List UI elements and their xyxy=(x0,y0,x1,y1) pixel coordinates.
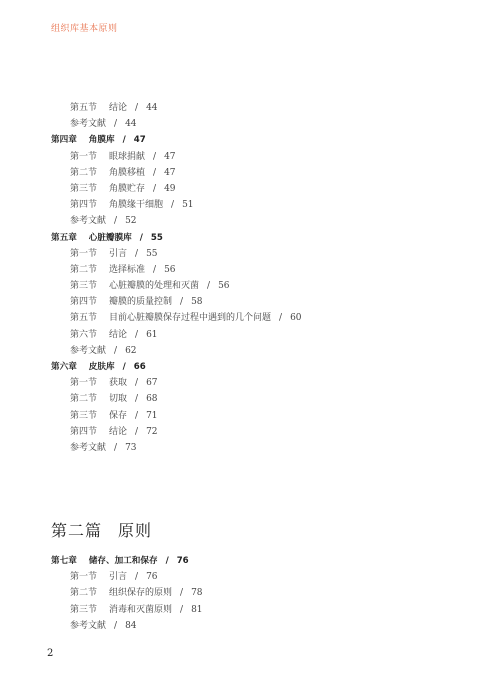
toc-section-entry[interactable]: 第三节保存/71 xyxy=(51,408,451,424)
toc-separator: / xyxy=(153,149,156,165)
running-head: 组织库基本原则 xyxy=(51,21,118,34)
toc-section-entry[interactable]: 第五节目前心脏瓣膜保存过程中遇到的几个问题/60 xyxy=(51,310,451,326)
toc-entry-title: 参考文献 xyxy=(70,343,106,359)
part-title: 第二篇原则 xyxy=(51,518,152,541)
toc-entry-title: 结论 xyxy=(109,327,127,343)
toc-entry-page: 71 xyxy=(146,408,157,424)
toc-section-entry[interactable]: 第五节结论/44 xyxy=(51,100,451,116)
toc-section-entry[interactable]: 参考文献/62 xyxy=(51,343,451,359)
toc-entry-number: 第一节 xyxy=(70,149,97,165)
toc-entry-number: 第三节 xyxy=(70,181,97,197)
toc-entry-title: 结论 xyxy=(109,424,127,440)
toc-entry-page: 52 xyxy=(125,213,136,229)
toc-entry-title: 参考文献 xyxy=(70,116,106,132)
toc-entry-page: 67 xyxy=(146,375,157,391)
toc-entry-number: 第三节 xyxy=(70,278,97,294)
toc-entry-number: 第六章 xyxy=(51,359,77,375)
toc-entry-page: 44 xyxy=(146,100,157,116)
toc-entry-title: 获取 xyxy=(109,375,127,391)
toc-entry-title: 引言 xyxy=(109,569,127,585)
toc-entry-number: 第一节 xyxy=(70,375,97,391)
toc-entry-page: 66 xyxy=(134,359,146,375)
part-number: 第二篇 xyxy=(51,521,102,540)
toc-section-entry[interactable]: 第二节组织保存的原则/78 xyxy=(51,585,451,601)
toc-entry-page: 76 xyxy=(146,569,157,585)
toc-entry-page: 73 xyxy=(125,440,136,456)
toc-entry-page: 47 xyxy=(164,165,175,181)
toc-entry-page: 55 xyxy=(151,230,163,246)
toc-entry-title: 心脏瓣膜库 xyxy=(89,230,132,246)
toc-chapter-entry[interactable]: 第四章角膜库/47 xyxy=(51,132,451,148)
toc-entry-page: 49 xyxy=(164,181,175,197)
toc-entry-page: 81 xyxy=(191,602,202,618)
toc-section-entry[interactable]: 第三节角膜贮存/49 xyxy=(51,181,451,197)
toc-chapter-entry[interactable]: 第七章储存、加工和保存/76 xyxy=(51,553,451,569)
toc-entry-page: 44 xyxy=(125,116,136,132)
toc-entry-number: 第五节 xyxy=(70,100,97,116)
toc-separator: / xyxy=(135,100,138,116)
toc-entry-number: 第六节 xyxy=(70,327,97,343)
toc-entry-number: 第二节 xyxy=(70,262,97,278)
toc-separator: / xyxy=(135,569,138,585)
toc-chapter-entry[interactable]: 第六章皮肤库/66 xyxy=(51,359,451,375)
toc-section-entry[interactable]: 参考文献/44 xyxy=(51,116,451,132)
toc-section-entry[interactable]: 第二节选择标准/56 xyxy=(51,262,451,278)
toc-separator: / xyxy=(123,132,126,148)
toc-entry-title: 角膜缘干细胞 xyxy=(109,197,163,213)
toc-separator: / xyxy=(207,278,210,294)
toc-section-entry[interactable]: 第二节角膜移植/47 xyxy=(51,165,451,181)
toc-section-entry[interactable]: 第四节瓣膜的质量控制/58 xyxy=(51,294,451,310)
toc-entry-page: 58 xyxy=(191,294,202,310)
toc-entry-page: 60 xyxy=(290,310,301,326)
toc-separator: / xyxy=(180,602,183,618)
toc-entry-number: 第二节 xyxy=(70,585,97,601)
toc-entry-page: 47 xyxy=(134,132,146,148)
toc-entry-page: 55 xyxy=(146,246,157,262)
toc-section-entry[interactable]: 第四节结论/72 xyxy=(51,424,451,440)
toc-separator: / xyxy=(114,213,117,229)
toc-section-entry[interactable]: 参考文献/73 xyxy=(51,440,451,456)
toc-entry-title: 瓣膜的质量控制 xyxy=(109,294,172,310)
toc-section-entry[interactable]: 第一节获取/67 xyxy=(51,375,451,391)
toc-entry-number: 第二节 xyxy=(70,391,97,407)
toc-entry-number: 第四节 xyxy=(70,197,97,213)
toc-entry-title: 消毒和灭菌原则 xyxy=(109,602,172,618)
toc-entry-title: 参考文献 xyxy=(70,440,106,456)
toc-entry-title: 皮肤库 xyxy=(89,359,115,375)
toc-entry-page: 68 xyxy=(146,391,157,407)
toc-section-entry[interactable]: 参考文献/52 xyxy=(51,213,451,229)
toc-entry-title: 角膜贮存 xyxy=(109,181,145,197)
toc-section-entry[interactable]: 第二节切取/68 xyxy=(51,391,451,407)
part-name: 原则 xyxy=(118,521,152,540)
toc-section-entry[interactable]: 第一节引言/76 xyxy=(51,569,451,585)
toc-entry-page: 51 xyxy=(182,197,193,213)
toc-entry-title: 心脏瓣膜的处理和灭菌 xyxy=(109,278,199,294)
toc-separator: / xyxy=(166,553,169,569)
toc-separator: / xyxy=(279,310,282,326)
toc-entry-page: 84 xyxy=(125,618,136,634)
toc-entry-title: 角膜库 xyxy=(89,132,115,148)
toc-entry-number: 第四节 xyxy=(70,424,97,440)
toc-section-entry[interactable]: 第一节眼球捐献/47 xyxy=(51,149,451,165)
toc-entry-title: 组织保存的原则 xyxy=(109,585,172,601)
toc-entry-number: 第一节 xyxy=(70,246,97,262)
toc-section-entry[interactable]: 参考文献/84 xyxy=(51,618,451,634)
toc-chapter-entry[interactable]: 第五章心脏瓣膜库/55 xyxy=(51,230,451,246)
toc-section-entry[interactable]: 第六节结论/61 xyxy=(51,327,451,343)
toc-separator: / xyxy=(123,359,126,375)
toc-entry-title: 切取 xyxy=(109,391,127,407)
toc-separator: / xyxy=(180,585,183,601)
toc-entry-title: 选择标准 xyxy=(109,262,145,278)
toc-entry-page: 61 xyxy=(146,327,157,343)
toc-separator: / xyxy=(135,391,138,407)
toc-entry-title: 储存、加工和保存 xyxy=(89,553,158,569)
toc-entry-number: 第三节 xyxy=(70,602,97,618)
toc-entry-title: 目前心脏瓣膜保存过程中遇到的几个问题 xyxy=(109,310,271,326)
toc-entry-number: 第一节 xyxy=(70,569,97,585)
toc-entry-number: 第七章 xyxy=(51,553,77,569)
toc-entry-title: 眼球捐献 xyxy=(109,149,145,165)
toc-list-part2: 第七章储存、加工和保存/76第一节引言/76第二节组织保存的原则/78第三节消毒… xyxy=(51,553,451,634)
toc-entry-page: 47 xyxy=(164,149,175,165)
toc-section-entry[interactable]: 第四节角膜缘干细胞/51 xyxy=(51,197,451,213)
toc-entry-title: 引言 xyxy=(109,246,127,262)
toc-entry-page: 62 xyxy=(125,343,136,359)
toc-section-entry[interactable]: 第三节消毒和灭菌原则/81 xyxy=(51,602,451,618)
toc-separator: / xyxy=(140,230,143,246)
toc-entry-page: 56 xyxy=(218,278,229,294)
toc-separator: / xyxy=(135,424,138,440)
toc-separator: / xyxy=(114,343,117,359)
toc-separator: / xyxy=(171,197,174,213)
toc-entry-number: 第四章 xyxy=(51,132,77,148)
toc-entry-title: 参考文献 xyxy=(70,618,106,634)
toc-section-entry[interactable]: 第三节心脏瓣膜的处理和灭菌/56 xyxy=(51,278,451,294)
toc-separator: / xyxy=(153,165,156,181)
toc-entry-title: 结论 xyxy=(109,100,127,116)
toc-section-entry[interactable]: 第一节引言/55 xyxy=(51,246,451,262)
toc-entry-page: 56 xyxy=(164,262,175,278)
toc-separator: / xyxy=(135,375,138,391)
toc-separator: / xyxy=(114,116,117,132)
toc-entry-number: 第二节 xyxy=(70,165,97,181)
toc-separator: / xyxy=(153,262,156,278)
toc-separator: / xyxy=(153,181,156,197)
toc-entry-number: 第五节 xyxy=(70,310,97,326)
toc-separator: / xyxy=(180,294,183,310)
toc-entry-number: 第四节 xyxy=(70,294,97,310)
toc-separator: / xyxy=(114,618,117,634)
toc-separator: / xyxy=(135,408,138,424)
toc-separator: / xyxy=(135,246,138,262)
toc-separator: / xyxy=(114,440,117,456)
toc-entry-number: 第五章 xyxy=(51,230,77,246)
toc-list-part1: 第五节结论/44参考文献/44第四章角膜库/47第一节眼球捐献/47第二节角膜移… xyxy=(51,100,451,456)
toc-entry-page: 76 xyxy=(177,553,189,569)
toc-separator: / xyxy=(135,327,138,343)
toc-entry-title: 保存 xyxy=(109,408,127,424)
page-number: 2 xyxy=(47,648,53,659)
toc-entry-title: 角膜移植 xyxy=(109,165,145,181)
toc-entry-number: 第三节 xyxy=(70,408,97,424)
toc-entry-page: 72 xyxy=(146,424,157,440)
toc-entry-page: 78 xyxy=(191,585,202,601)
toc-entry-title: 参考文献 xyxy=(70,213,106,229)
